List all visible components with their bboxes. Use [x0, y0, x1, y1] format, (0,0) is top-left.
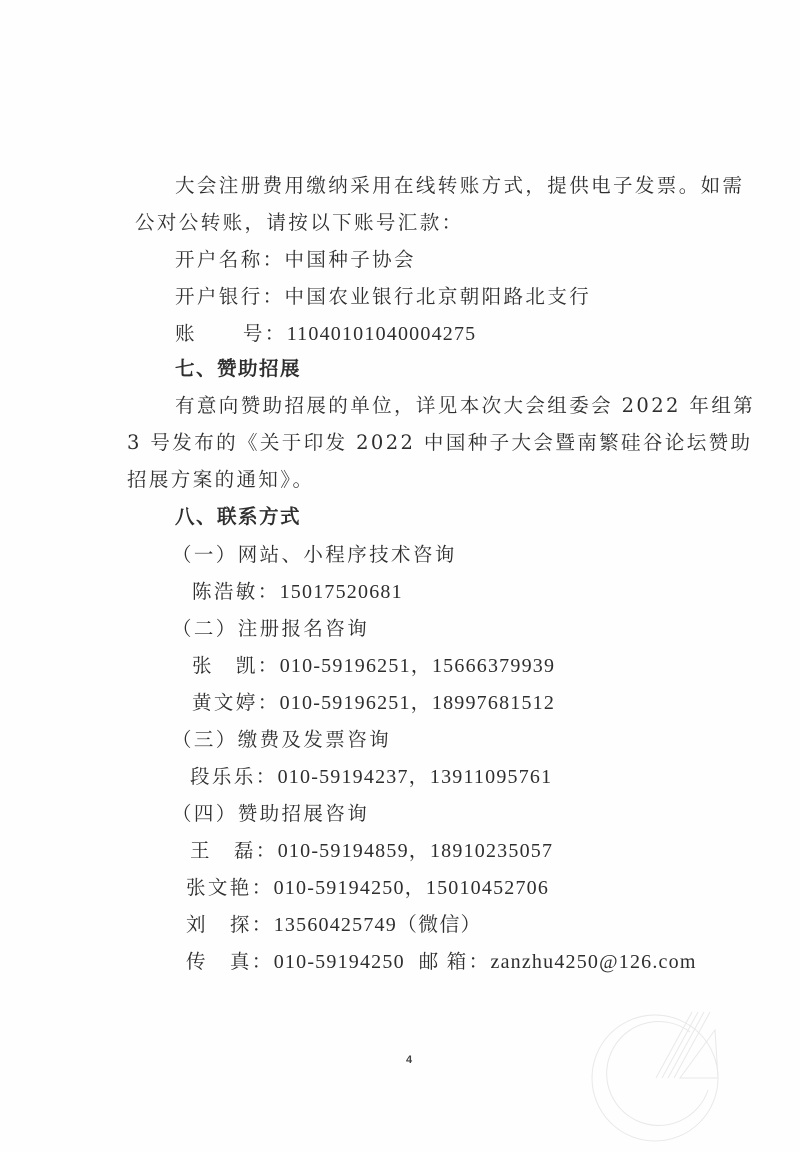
contact-row: 王磊：010-59194859，18910235057 — [190, 839, 553, 863]
account-number-label-1: 账 — [175, 322, 197, 345]
fax-label-part2: 真： — [230, 950, 274, 973]
contact-group-title: （二）注册报名咨询 — [172, 617, 369, 641]
contact-group-title: （一）网站、小程序技术咨询 — [172, 543, 457, 567]
payment-paragraph-line2: 公对公转账，请按以下账号汇款： — [135, 211, 464, 235]
email-address: zanzhu4250@126.com — [491, 951, 697, 973]
contact-name-part2: 凯： — [236, 654, 280, 677]
contact-row: 黄文婷：010-59196251，18997681512 — [192, 691, 555, 715]
page-number: 4 — [406, 1054, 412, 1066]
seed-association-logo-icon — [580, 1010, 730, 1145]
contact-phones: 010-59194237，13911095761 — [278, 766, 553, 788]
bank-value: 中国农业银行北京朝阳路北支行 — [285, 285, 592, 308]
fax-label-part1: 传 — [186, 950, 208, 973]
contact-phones: 010-59194859，18910235057 — [278, 840, 553, 862]
account-name-value: 中国种子协会 — [285, 248, 416, 271]
section7-heading: 七、赞助招展 — [175, 357, 301, 381]
contact-row: 张文艳：010-59194250，15010452706 — [186, 876, 549, 900]
account-number-row: 账号：11040101040004275 — [175, 322, 476, 346]
contact-phones: 13560425749（微信） — [274, 914, 482, 936]
account-number-label-2: 号： — [243, 322, 287, 345]
section7-line3: 招展方案的通知》。 — [127, 468, 314, 492]
bank-label: 开户银行： — [175, 285, 285, 308]
contact-name-part1: 王 — [190, 839, 212, 862]
contact-group-title: （四）赞助招展咨询 — [172, 802, 369, 826]
contact-name-part2: 磊： — [234, 839, 278, 862]
contact-row: 张凯：010-59196251，15666379939 — [192, 654, 555, 678]
contact-row: 刘探：13560425749（微信） — [186, 913, 482, 937]
contact-name: 张文艳： — [186, 876, 274, 899]
section8-heading: 八、联系方式 — [175, 505, 301, 529]
contact-phones: 010-59196251，18997681512 — [280, 692, 555, 714]
account-name-row: 开户名称：中国种子协会 — [175, 248, 416, 272]
contact-group-title: （三）缴费及发票咨询 — [172, 728, 391, 752]
fax-email-row: 传真：010-59194250邮箱：zanzhu4250@126.com — [186, 950, 697, 974]
fax-number: 010-59194250 — [274, 951, 405, 973]
section7-line2: 3 号发布的《关于印发 2022 中国种子大会暨南繁硅谷论坛赞助 — [127, 431, 752, 455]
contact-name-part1: 张 — [192, 654, 214, 677]
contact-phones: 010-59194250，15010452706 — [274, 877, 549, 899]
account-number-value: 11040101040004275 — [287, 323, 477, 345]
email-label-part1: 邮 — [419, 950, 441, 973]
bank-row: 开户银行：中国农业银行北京朝阳路北支行 — [175, 285, 591, 309]
email-label-part2: 箱： — [447, 950, 491, 973]
contact-row: 陈浩敏：15017520681 — [192, 580, 403, 604]
contact-name: 段乐乐： — [190, 765, 278, 788]
section7-line1: 有意向赞助招展的单位，详见本次大会组委会 2022 年组第 — [175, 394, 755, 418]
payment-paragraph-line1: 大会注册费用缴纳采用在线转账方式，提供电子发票。如需 — [175, 174, 744, 198]
document-page: 大会注册费用缴纳采用在线转账方式，提供电子发票。如需 公对公转账，请按以下账号汇… — [0, 0, 800, 1152]
account-name-label: 开户名称： — [175, 248, 285, 271]
contact-name-part2: 探： — [230, 913, 274, 936]
contact-name: 陈浩敏： — [192, 580, 280, 603]
contact-phones: 15017520681 — [280, 581, 403, 603]
contact-phones: 010-59196251，15666379939 — [280, 655, 555, 677]
contact-row: 段乐乐：010-59194237，13911095761 — [190, 765, 552, 789]
contact-name-part1: 刘 — [186, 913, 208, 936]
contact-name: 黄文婷： — [192, 691, 280, 714]
